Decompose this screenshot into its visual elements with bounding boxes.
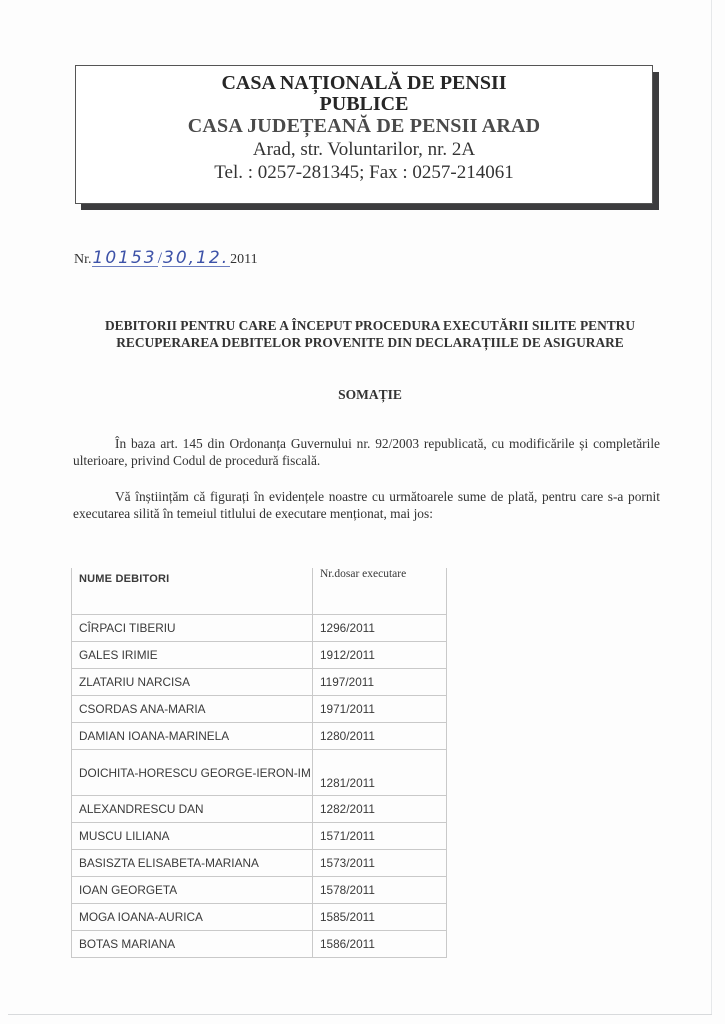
- debtor-name: CSORDAS ANA-MARIA: [72, 696, 313, 723]
- debtor-name: CÎRPACI TIBERIU: [72, 615, 313, 642]
- debtors-table: NUME DEBITORI Nr.dosar executare CÎRPACI…: [71, 568, 447, 958]
- debtor-name: ZLATARIU NARCISA: [72, 669, 313, 696]
- contact-info: Tel. : 0257-281345; Fax : 0257-214061: [76, 162, 652, 184]
- execution-file-number: 1571/2011: [313, 823, 447, 850]
- debtor-name: BASISZTA ELISABETA-MARIANA: [72, 850, 313, 877]
- legal-basis-text: În baza art. 145 din Ordonanța Guvernulu…: [73, 436, 660, 468]
- address: Arad, str. Voluntarilor, nr. 2A: [76, 139, 652, 161]
- column-header-name: NUME DEBITORI: [72, 568, 313, 615]
- execution-file-number: 1281/2011: [313, 750, 447, 796]
- execution-file-number: 1197/2011: [313, 669, 447, 696]
- debtor-name: MOGA IOANA-AURICA: [72, 904, 313, 931]
- debtor-name: BOTAS MARIANA: [72, 931, 313, 958]
- table-row: MOGA IOANA-AURICA1585/2011: [72, 904, 447, 931]
- execution-file-number: 1282/2011: [313, 796, 447, 823]
- table-header-row: NUME DEBITORI Nr.dosar executare: [72, 568, 447, 615]
- debtor-name: GALES IRIMIE: [72, 642, 313, 669]
- debtor-name: DOICHITA-HORESCU GEORGE-IERON-IM: [72, 750, 313, 796]
- handwritten-number: 10153: [92, 251, 158, 267]
- letterhead: CASA NAȚIONALĂ DE PENSII PUBLICE CASA JU…: [75, 65, 653, 204]
- scan-edge-right: [711, 0, 712, 1015]
- handwritten-date: 30,12.: [162, 251, 230, 267]
- execution-file-number: 1573/2011: [313, 850, 447, 877]
- institution-name-cont: PUBLICE: [76, 93, 652, 116]
- table-row: DOICHITA-HORESCU GEORGE-IERON-IM1281/201…: [72, 750, 447, 796]
- registration-prefix: Nr.: [74, 252, 92, 267]
- table-row: CSORDAS ANA-MARIA1971/2011: [72, 696, 447, 723]
- execution-file-number: 1586/2011: [313, 931, 447, 958]
- column-header-file: Nr.dosar executare: [313, 568, 447, 615]
- table-row: ZLATARIU NARCISA1197/2011: [72, 669, 447, 696]
- debtor-name: MUSCU LILIANA: [72, 823, 313, 850]
- document-subtitle: SOMAȚIE: [60, 387, 680, 403]
- debtor-name: IOAN GEORGETA: [72, 877, 313, 904]
- table-row: BASISZTA ELISABETA-MARIANA1573/2011: [72, 850, 447, 877]
- county-office-name: CASA JUDEȚEANĂ DE PENSII ARAD: [76, 115, 652, 138]
- execution-file-number: 1585/2011: [313, 904, 447, 931]
- document-title: DEBITORII PENTRU CARE A ÎNCEPUT PROCEDUR…: [60, 317, 680, 351]
- scan-edge-bottom: [8, 1014, 712, 1015]
- legal-basis-paragraph: În baza art. 145 din Ordonanța Guvernulu…: [73, 435, 660, 469]
- title-line-1: DEBITORII PENTRU CARE A ÎNCEPUT PROCEDUR…: [60, 317, 680, 334]
- execution-file-number: 1280/2011: [313, 723, 447, 750]
- notice-text: Vă înștiințăm că figurați în evidențele …: [73, 489, 660, 521]
- execution-file-number: 1296/2011: [313, 615, 447, 642]
- table-row: CÎRPACI TIBERIU1296/2011: [72, 615, 447, 642]
- registration-number: Nr.10153/30,12.2011: [74, 250, 258, 268]
- execution-file-number: 1971/2011: [313, 696, 447, 723]
- table-row: GALES IRIMIE1912/2011: [72, 642, 447, 669]
- title-line-2: RECUPERAREA DEBITELOR PROVENITE DIN DECL…: [60, 334, 680, 351]
- debtor-name: DAMIAN IOANA-MARINELA: [72, 723, 313, 750]
- notice-paragraph: Vă înștiințăm că figurați în evidențele …: [73, 488, 660, 522]
- execution-file-number: 1912/2011: [313, 642, 447, 669]
- execution-file-number: 1578/2011: [313, 877, 447, 904]
- table-row: MUSCU LILIANA1571/2011: [72, 823, 447, 850]
- table-row: ALEXANDRESCU DAN1282/2011: [72, 796, 447, 823]
- debtor-name: ALEXANDRESCU DAN: [72, 796, 313, 823]
- institution-name: CASA NAȚIONALĂ DE PENSII: [76, 72, 652, 95]
- registration-year: 2011: [230, 252, 257, 267]
- table-row: BOTAS MARIANA1586/2011: [72, 931, 447, 958]
- table-row: DAMIAN IOANA-MARINELA1280/2011: [72, 723, 447, 750]
- table-row: IOAN GEORGETA1578/2011: [72, 877, 447, 904]
